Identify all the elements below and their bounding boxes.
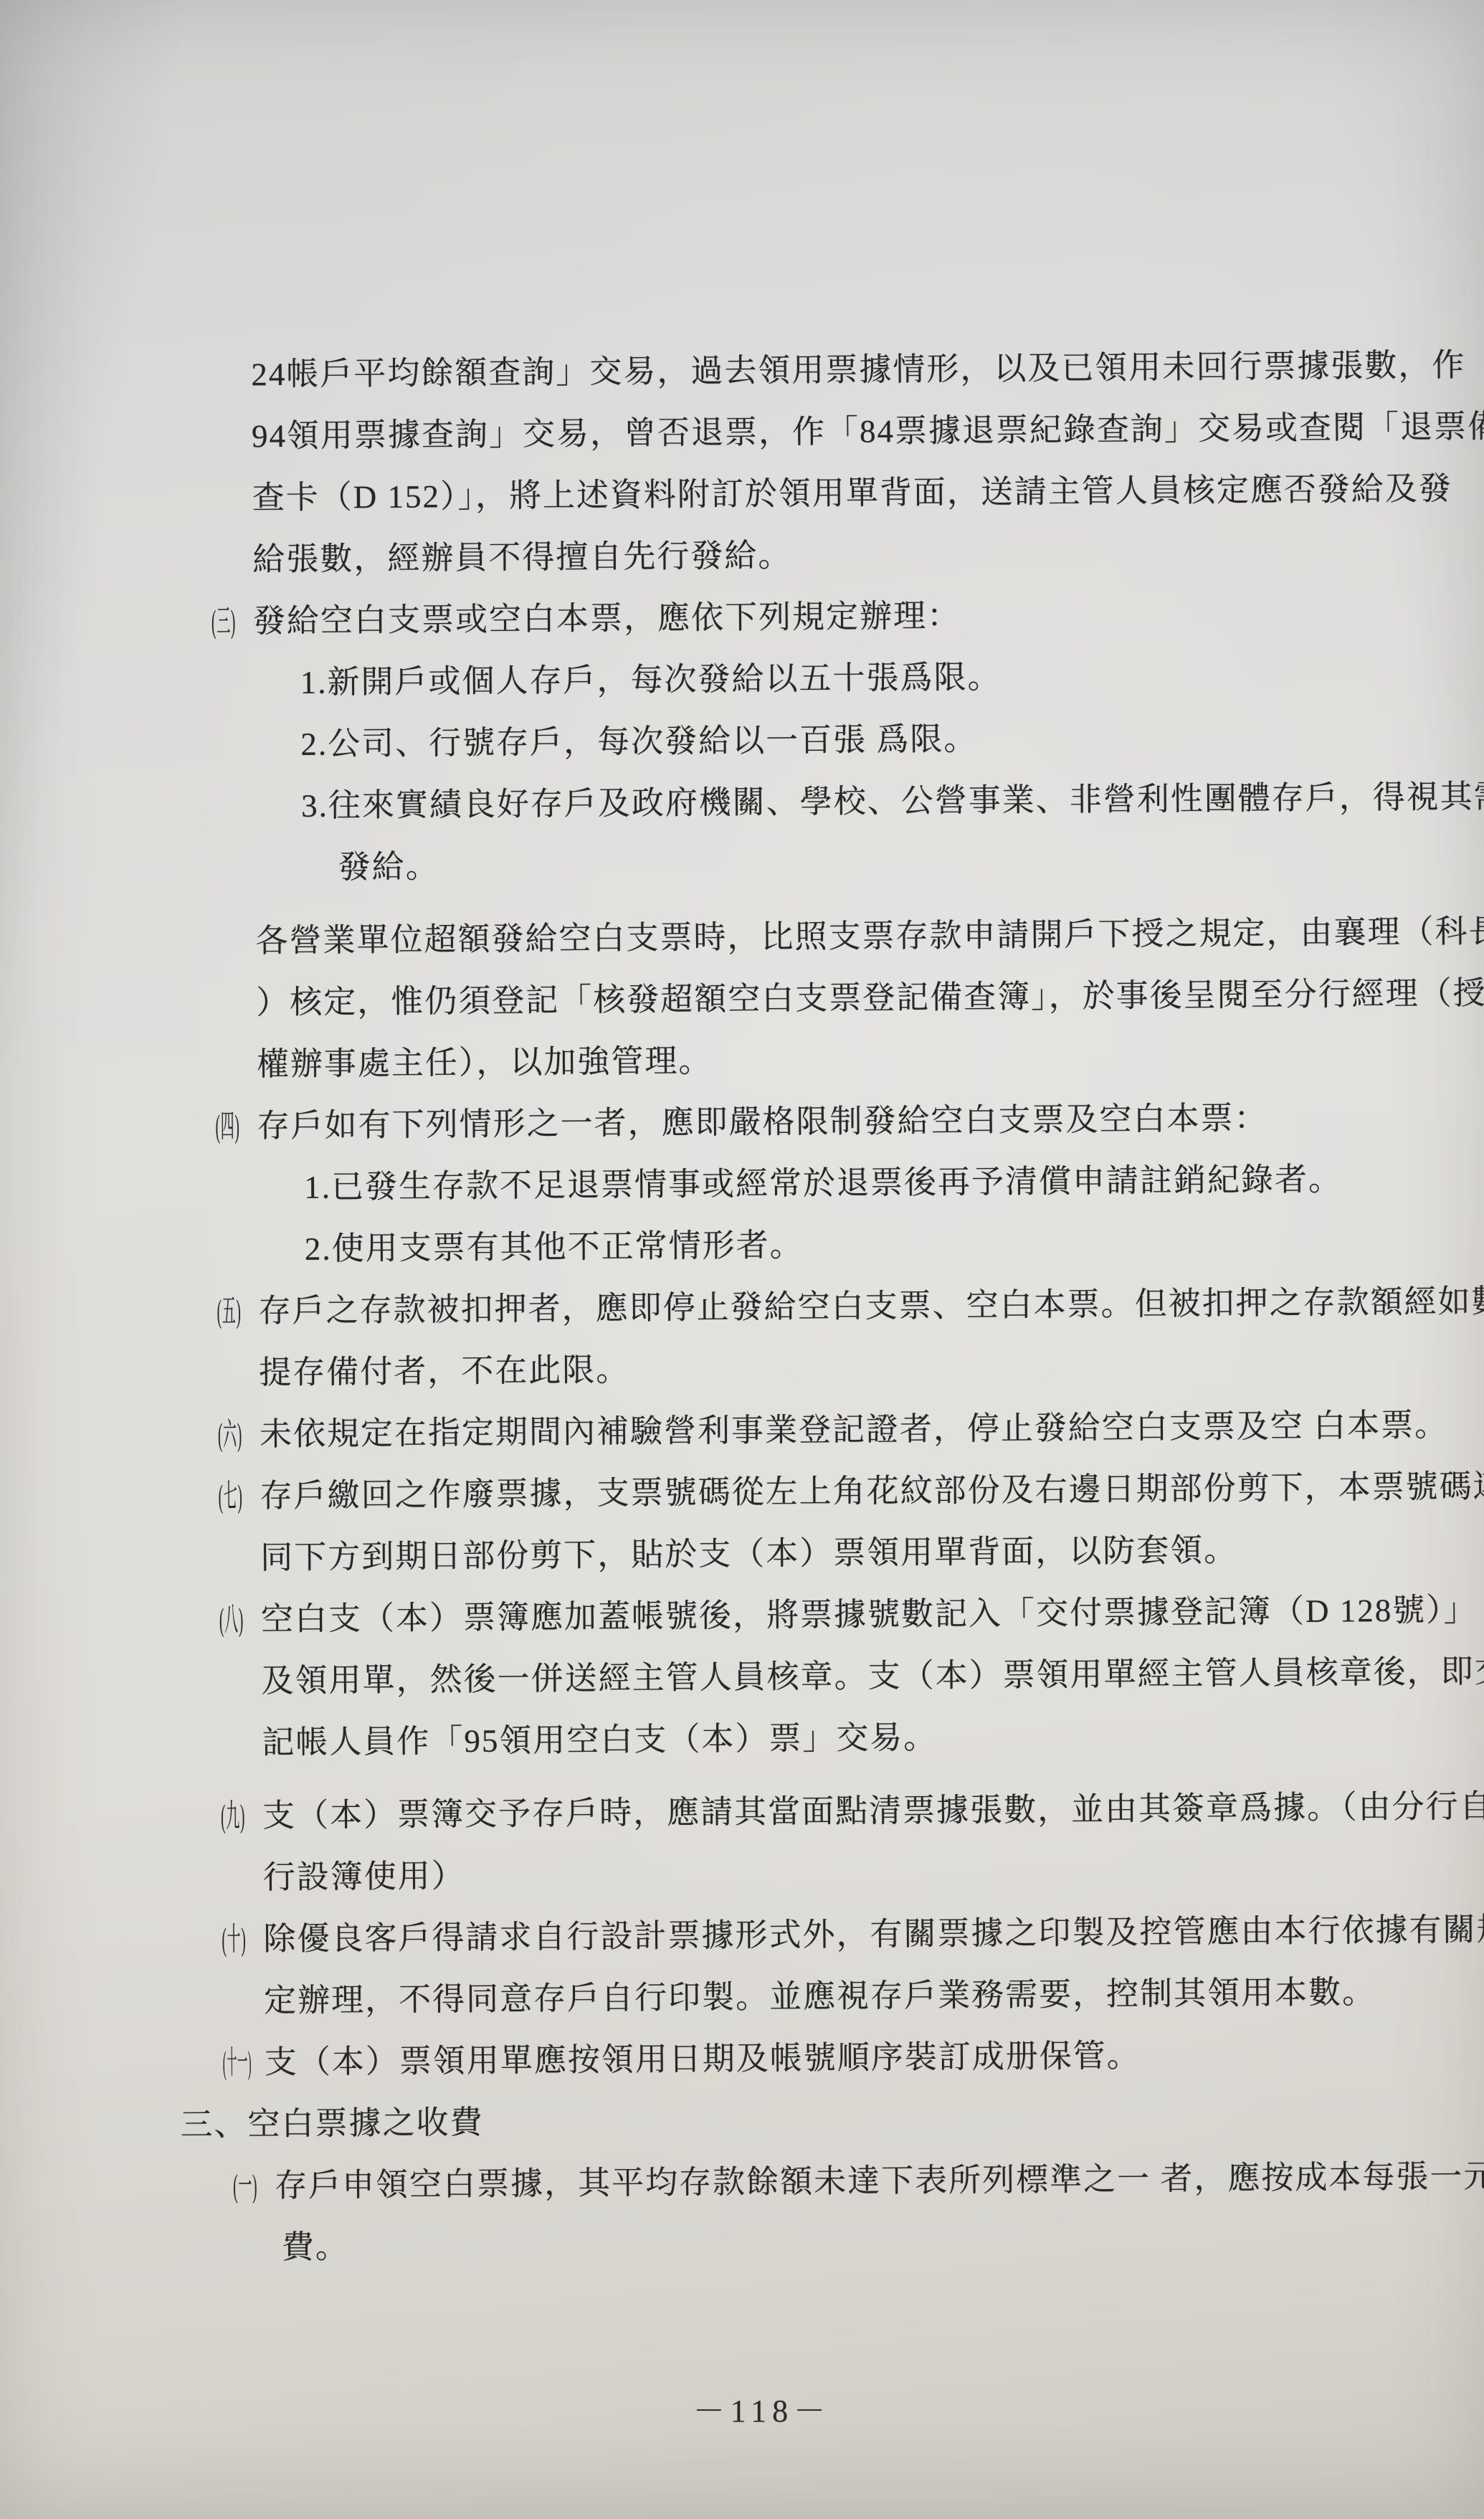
line-text: 定辦理，不得同意存戶自行印製。並應視存戶業務需要，控制其領用本數。 <box>264 1974 1376 2018</box>
line-text: 94領用票據查詢」交易，曾否退票，作「84票據退票紀錄查詢」交易或查閱「退票備 <box>252 409 1484 455</box>
line-text: 存戶繳回之作廢票據，支票號碼從左上角花紋部份及右邊日期部份剪下，本票號碼連 <box>260 1469 1484 1514</box>
list-item-marker: (八) <box>219 1589 237 1651</box>
list-item-marker: (九) <box>221 1785 239 1847</box>
text-line: (九)支（本）票簿交予存戶時，應請其當面點清票據張數，並由其簽章爲據。（由分行自 <box>221 1775 1484 1847</box>
text-line: ）核定，惟仍須登記「核發超額空白支票登記備查簿」，於事後呈閱至分行經理（授 <box>256 962 1484 1034</box>
page-number: －118－ <box>20 2385 1484 2431</box>
line-text: 查卡（D 152）」，將上述資料附訂於領用單背面，送請主管人員核定應否發給及發 <box>252 470 1453 516</box>
line-text: 支（本）票領用單應按領用日期及帳號順序裝訂成册保管。 <box>265 2038 1141 2081</box>
list-item-marker: (四) <box>215 1096 233 1157</box>
text-line: 2.公司、行號存戶，每次發給以一百張 爲限。 <box>300 704 1484 775</box>
line-text: 三、空白票據之收費 <box>180 2105 483 2143</box>
text-line: 費。 <box>282 2207 1484 2278</box>
text-line: 94領用票據查詢」交易，曾否退票，作「84票據退票紀錄查詢」交易或查閱「退票備 <box>252 396 1484 468</box>
line-text: 24帳戶平均餘額查詢」交易，過去領用票據情形，以及已領用未回行票據張數，作「 <box>251 347 1484 393</box>
scanned-document-page: 24帳戶平均餘額查詢」交易，過去領用票據情形，以及已領用未回行票據張數，作「94… <box>0 0 1484 2519</box>
line-text: 1.新開戶或個人存戶，每次發給以五十張爲限。 <box>300 659 1002 701</box>
line-text: 權辦事處主任），以加強管理。 <box>257 1043 713 1082</box>
text-line: (四)存戶如有下列情形之一者，應即嚴格限制發給空白支票及空白本票： <box>215 1086 1484 1157</box>
text-line: (八)空白支（本）票簿應加蓋帳號後，將票據號數記入「交付票據登記簿（D 128號… <box>219 1579 1484 1651</box>
list-item-marker: (六) <box>218 1404 236 1466</box>
text-line: 記帳人員作「95領用空白支（本）票」交易。 <box>262 1702 1484 1774</box>
line-text: 除優良客戶得請求自行設計票據形式外，有關票據之印製及控管應由本行依據有關規 <box>263 1912 1484 1958</box>
text-line: 同下方到期日部份剪下，貼於支（本）票領用單背面，以防套領。 <box>260 1517 1484 1589</box>
text-line: 權辦事處主任），以加強管理。 <box>257 1024 1484 1096</box>
list-item-marker: (五) <box>217 1281 234 1342</box>
text-line: 行設簿使用） <box>262 1837 1484 1909</box>
line-text: 同下方到期日部份剪下，貼於支（本）票領用單背面，以防套領。 <box>260 1532 1237 1576</box>
list-item-marker: (三) <box>211 591 229 653</box>
text-line: 提存備付者，不在此限。 <box>259 1332 1484 1404</box>
line-text: 2.使用支票有其他不正常情形者。 <box>305 1227 804 1266</box>
line-text: 未依規定在指定期間內補驗營利事業登記證者，停止發給空白支票及空 白本票。 <box>260 1407 1449 1452</box>
text-line: (七)存戶繳回之作廢票據，支票號碼從左上角花紋部份及右邊日期部份剪下，本票號碼連 <box>218 1456 1484 1527</box>
text-line: (十一)支（本）票領用單應按領用日期及帳號順序裝訂成册保管。 <box>223 2022 1484 2094</box>
text-line: 24帳戶平均餘額查詢」交易，過去領用票據情形，以及已領用未回行票據張數，作「 <box>251 334 1484 406</box>
text-line: 1.新開戶或個人存戶，每次發給以五十張爲限。 <box>300 642 1484 713</box>
line-text: 3.往來實績良好存戶及政府機關、學校、公營事業、非營利性團體存戶，得視其需要 <box>301 778 1484 824</box>
line-text: 存戶之存款被扣押者，應即停止發給空白支票、空白本票。但被扣押之存款額經如數 <box>258 1284 1484 1329</box>
line-text: 發給。 <box>338 848 439 885</box>
list-item-marker: (十一) <box>223 2032 237 2094</box>
text-line: (十)除優良客戶得請求自行設計票據形式外，有關票據之印製及控管應由本行依據有關規 <box>222 1899 1484 1970</box>
line-text: ）核定，惟仍須登記「核發超額空白支票登記備查簿」，於事後呈閱至分行經理（授 <box>256 975 1484 1020</box>
text-line: (六)未依規定在指定期間內補驗營利事業登記證者，停止發給空白支票及空 白本票。 <box>218 1394 1484 1466</box>
line-text: 及領用單，然後一併送經主管人員核章。支（本）票領用單經主管人員核章後，即交 <box>261 1654 1484 1699</box>
line-text: 存戶申領空白票據，其平均存款餘額未達下表所列標準之一 者，應按成本每張一元收 <box>275 2158 1484 2203</box>
text-line: 及領用單，然後一併送經主管人員核章。支（本）票領用單經主管人員核章後，即交 <box>261 1641 1484 1712</box>
text-line: 1.已發生存款不足退票情事或經常於退票後再予清償申請註銷紀錄者。 <box>304 1147 1484 1218</box>
line-text: 各營業單位超額發給空白支票時，比照支票存款申請開戶下授之規定，由襄理（科長 <box>255 914 1484 959</box>
list-item-marker: (七) <box>218 1466 236 1527</box>
line-text: 行設簿使用） <box>263 1858 465 1895</box>
text-line: 定辦理，不得同意存戶自行印製。並應視存戶業務需要，控制其領用本數。 <box>264 1960 1484 2032</box>
text-line: 2.使用支票有其他不正常情形者。 <box>305 1209 1484 1280</box>
text-line: 各營業單位超額發給空白支票時，比照支票存款申請開戶下授之規定，由襄理（科長 <box>255 901 1484 972</box>
list-item-marker: (一) <box>233 2155 251 2216</box>
line-text: 發給空白支票或空白本票，應依下列規定辦理： <box>253 598 961 640</box>
line-text: 費。 <box>282 2229 349 2265</box>
line-text: 提存備付者，不在此限。 <box>259 1352 629 1390</box>
text-line: 三、空白票據之收費 <box>180 2084 1484 2155</box>
text-line: 3.往來實績良好存戶及政府機關、學校、公營事業、非營利性團體存戶，得視其需要 <box>301 766 1484 837</box>
text-line: 發給。 <box>338 827 1484 898</box>
line-text: 空白支（本）票簿應加蓋帳號後，將票據號數記入「交付票據登記簿（D 128號）」 <box>261 1592 1478 1637</box>
line-text: 支（本）票簿交予存戶時，應請其當面點清票據張數，並由其簽章爲據。（由分行自 <box>262 1788 1484 1833</box>
document-body: 24帳戶平均餘額查詢」交易，過去領用票據情形，以及已領用未回行票據張數，作「94… <box>0 334 1484 2280</box>
line-text: 記帳人員作「95領用空白支（本）票」交易。 <box>262 1719 937 1760</box>
text-line: 查卡（D 152）」，將上述資料附訂於領用單背面，送請主管人員核定應否發給及發 <box>252 457 1484 529</box>
text-line: (三)發給空白支票或空白本票，應依下列規定辦理： <box>211 581 1484 653</box>
text-line: (一)存戶申領空白票據，其平均存款餘額未達下表所列標準之一 者，應按成本每張一元… <box>233 2145 1484 2217</box>
text-line: (五)存戶之存款被扣押者，應即停止發給空白支票、空白本票。但被扣押之存款額經如數 <box>217 1271 1484 1342</box>
line-text: 給張數，經辦員不得擅自先行發給。 <box>252 537 791 577</box>
text-line: 給張數，經辦員不得擅自先行發給。 <box>252 519 1484 591</box>
list-item-marker: (十) <box>222 1909 239 1970</box>
line-text: 1.已發生存款不足退票情事或經常於退票後再予清償申請註銷紀錄者。 <box>304 1161 1342 1205</box>
line-text: 2.公司、行號存戶，每次發給以一百張 爲限。 <box>300 721 977 762</box>
line-text: 存戶如有下列情形之一者，應即嚴格限制發給空白支票及空白本票： <box>257 1100 1267 1144</box>
